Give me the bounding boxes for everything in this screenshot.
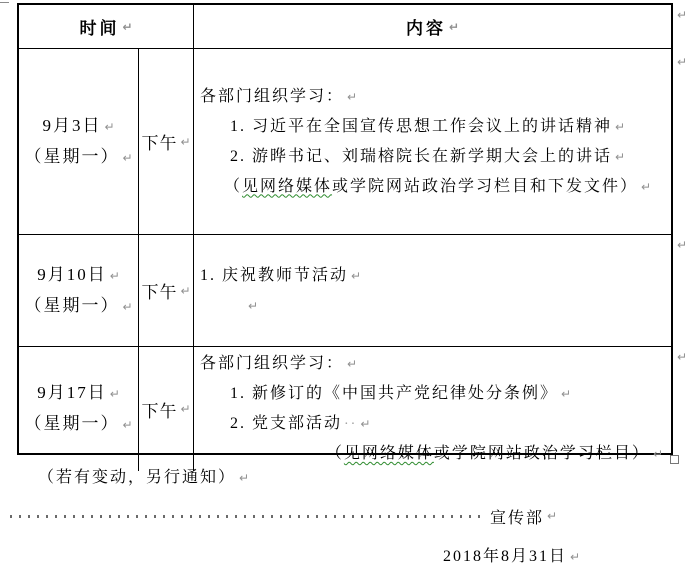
paragraph-mark-icon: ↵	[122, 20, 132, 34]
dot-leader	[10, 515, 486, 518]
row1-content-line1: 各部门组织学习：↵	[200, 82, 667, 112]
paragraph-mark-icon: ↵	[180, 284, 190, 298]
header-cell-time: 时间↵	[19, 5, 194, 49]
row-end-mark-icon: ↵	[677, 55, 687, 69]
row-end-mark-icon: ↵	[677, 8, 687, 22]
paragraph-mark-icon: ↵	[104, 120, 114, 134]
paragraph-mark-icon: ↵	[449, 20, 459, 34]
paragraph-mark-icon: ↵	[347, 90, 357, 104]
row1-date-cell: 9月3日↵ （星期一）↵	[19, 49, 139, 235]
row2-date-cell: 9月10日↵ （星期一）↵	[19, 235, 139, 347]
table-resize-handle[interactable]	[670, 455, 679, 464]
paragraph-mark-icon: ↵	[180, 135, 190, 149]
row2-content-empty-line: ↵	[200, 291, 667, 320]
schedule-table: 时间↵ 内容↵ 9月3日↵ （星期一）↵ 下午↵ 各部门组织学习：↵ 1. 习近…	[17, 3, 673, 455]
paragraph-mark-icon: ↵	[248, 299, 258, 313]
row3-content-line4: （见网络媒体或学院网站政治学习栏目）↵	[200, 439, 667, 469]
paragraph-mark-icon: ↵	[122, 418, 132, 432]
page-edge-tick	[0, 2, 9, 3]
signature-label: 宣传部	[490, 505, 544, 528]
row1-date-line2: （星期一）↵	[24, 142, 132, 173]
row3-date-line2: （星期一）↵	[24, 409, 132, 440]
paragraph-mark-icon: ↵	[653, 447, 663, 461]
paragraph-mark-icon: ↵	[110, 269, 120, 283]
paragraph-mark-icon: ↵	[615, 120, 625, 134]
paragraph-mark-icon: ↵	[570, 550, 580, 564]
row2-date-line2: （星期一）↵	[24, 291, 132, 322]
spellcheck-wavy-underline: 见网络媒体	[344, 445, 434, 462]
document-date: 2018年8月31日↵	[443, 543, 580, 566]
row1-session-cell: 下午↵	[139, 49, 194, 235]
row2-date-line1: 9月10日↵	[37, 260, 120, 291]
row3-session-cell: 下午↵	[139, 347, 194, 471]
paragraph-mark-icon: ↵	[351, 269, 361, 283]
signature-line: 宣传部↵	[10, 505, 557, 527]
change-notice-line: （若有变动，另行通知）↵	[38, 464, 249, 487]
row3-content-line1: 各部门组织学习：↵	[200, 349, 667, 379]
row3-date-line1: 9月17日↵	[37, 378, 120, 409]
paragraph-mark-icon: ↵	[122, 300, 132, 314]
header-cell-content: 内容↵	[194, 5, 671, 49]
row1-content-line4: （见网络媒体或学院网站政治学习栏目和下发文件）↵	[200, 172, 667, 202]
paragraph-mark-icon: ↵	[641, 180, 651, 194]
row1-session-label: 下午	[141, 129, 177, 154]
row2-content-cell: 1. 庆祝教师节活动↵ ↵	[194, 235, 671, 347]
row3-content-cell: 各部门组织学习：↵ 1. 新修订的《中国共产党纪律处分条例》↵ 2. 党支部活动…	[194, 347, 671, 471]
paragraph-mark-icon: ↵	[122, 151, 132, 165]
row2-content-line1: 1. 庆祝教师节活动↵	[200, 261, 667, 291]
row1-content-cell: 各部门组织学习：↵ 1. 习近平在全国宣传思想工作会议上的讲话精神↵ 2. 游晔…	[194, 49, 671, 235]
row1-date-line1: 9月3日↵	[42, 111, 114, 142]
row3-content-line2: 1. 新修订的《中国共产党纪律处分条例》↵	[200, 379, 667, 409]
header-time-label: 时间	[79, 14, 119, 39]
row-end-mark-icon: ↵	[677, 350, 687, 364]
document-page: { "table": { "header": { "time": "时间", "…	[0, 0, 689, 571]
space-marks: ··	[344, 417, 357, 432]
row-end-mark-icon: ↵	[677, 238, 687, 252]
paragraph-mark-icon: ↵	[360, 417, 370, 431]
row3-date-cell: 9月17日↵ （星期一）↵	[19, 347, 139, 471]
paragraph-mark-icon: ↵	[180, 402, 190, 416]
row1-content-line2: 1. 习近平在全国宣传思想工作会议上的讲话精神↵	[200, 112, 667, 142]
paragraph-mark-icon: ↵	[561, 387, 571, 401]
paragraph-mark-icon: ↵	[615, 150, 625, 164]
row3-content-line3: 2. 党支部活动··↵	[200, 409, 667, 439]
paragraph-mark-icon: ↵	[347, 357, 357, 371]
paragraph-mark-icon: ↵	[110, 387, 120, 401]
row3-session-label: 下午	[141, 397, 177, 422]
paragraph-mark-icon: ↵	[547, 509, 557, 523]
spellcheck-wavy-underline: 见网络媒体	[242, 178, 332, 195]
paragraph-mark-icon: ↵	[239, 471, 249, 485]
row2-session-label: 下午	[141, 278, 177, 303]
row1-content-line3: 2. 游晔书记、刘瑞榕院长在新学期大会上的讲话↵	[200, 142, 667, 172]
header-content-label: 内容	[406, 14, 446, 39]
row2-session-cell: 下午↵	[139, 235, 194, 347]
